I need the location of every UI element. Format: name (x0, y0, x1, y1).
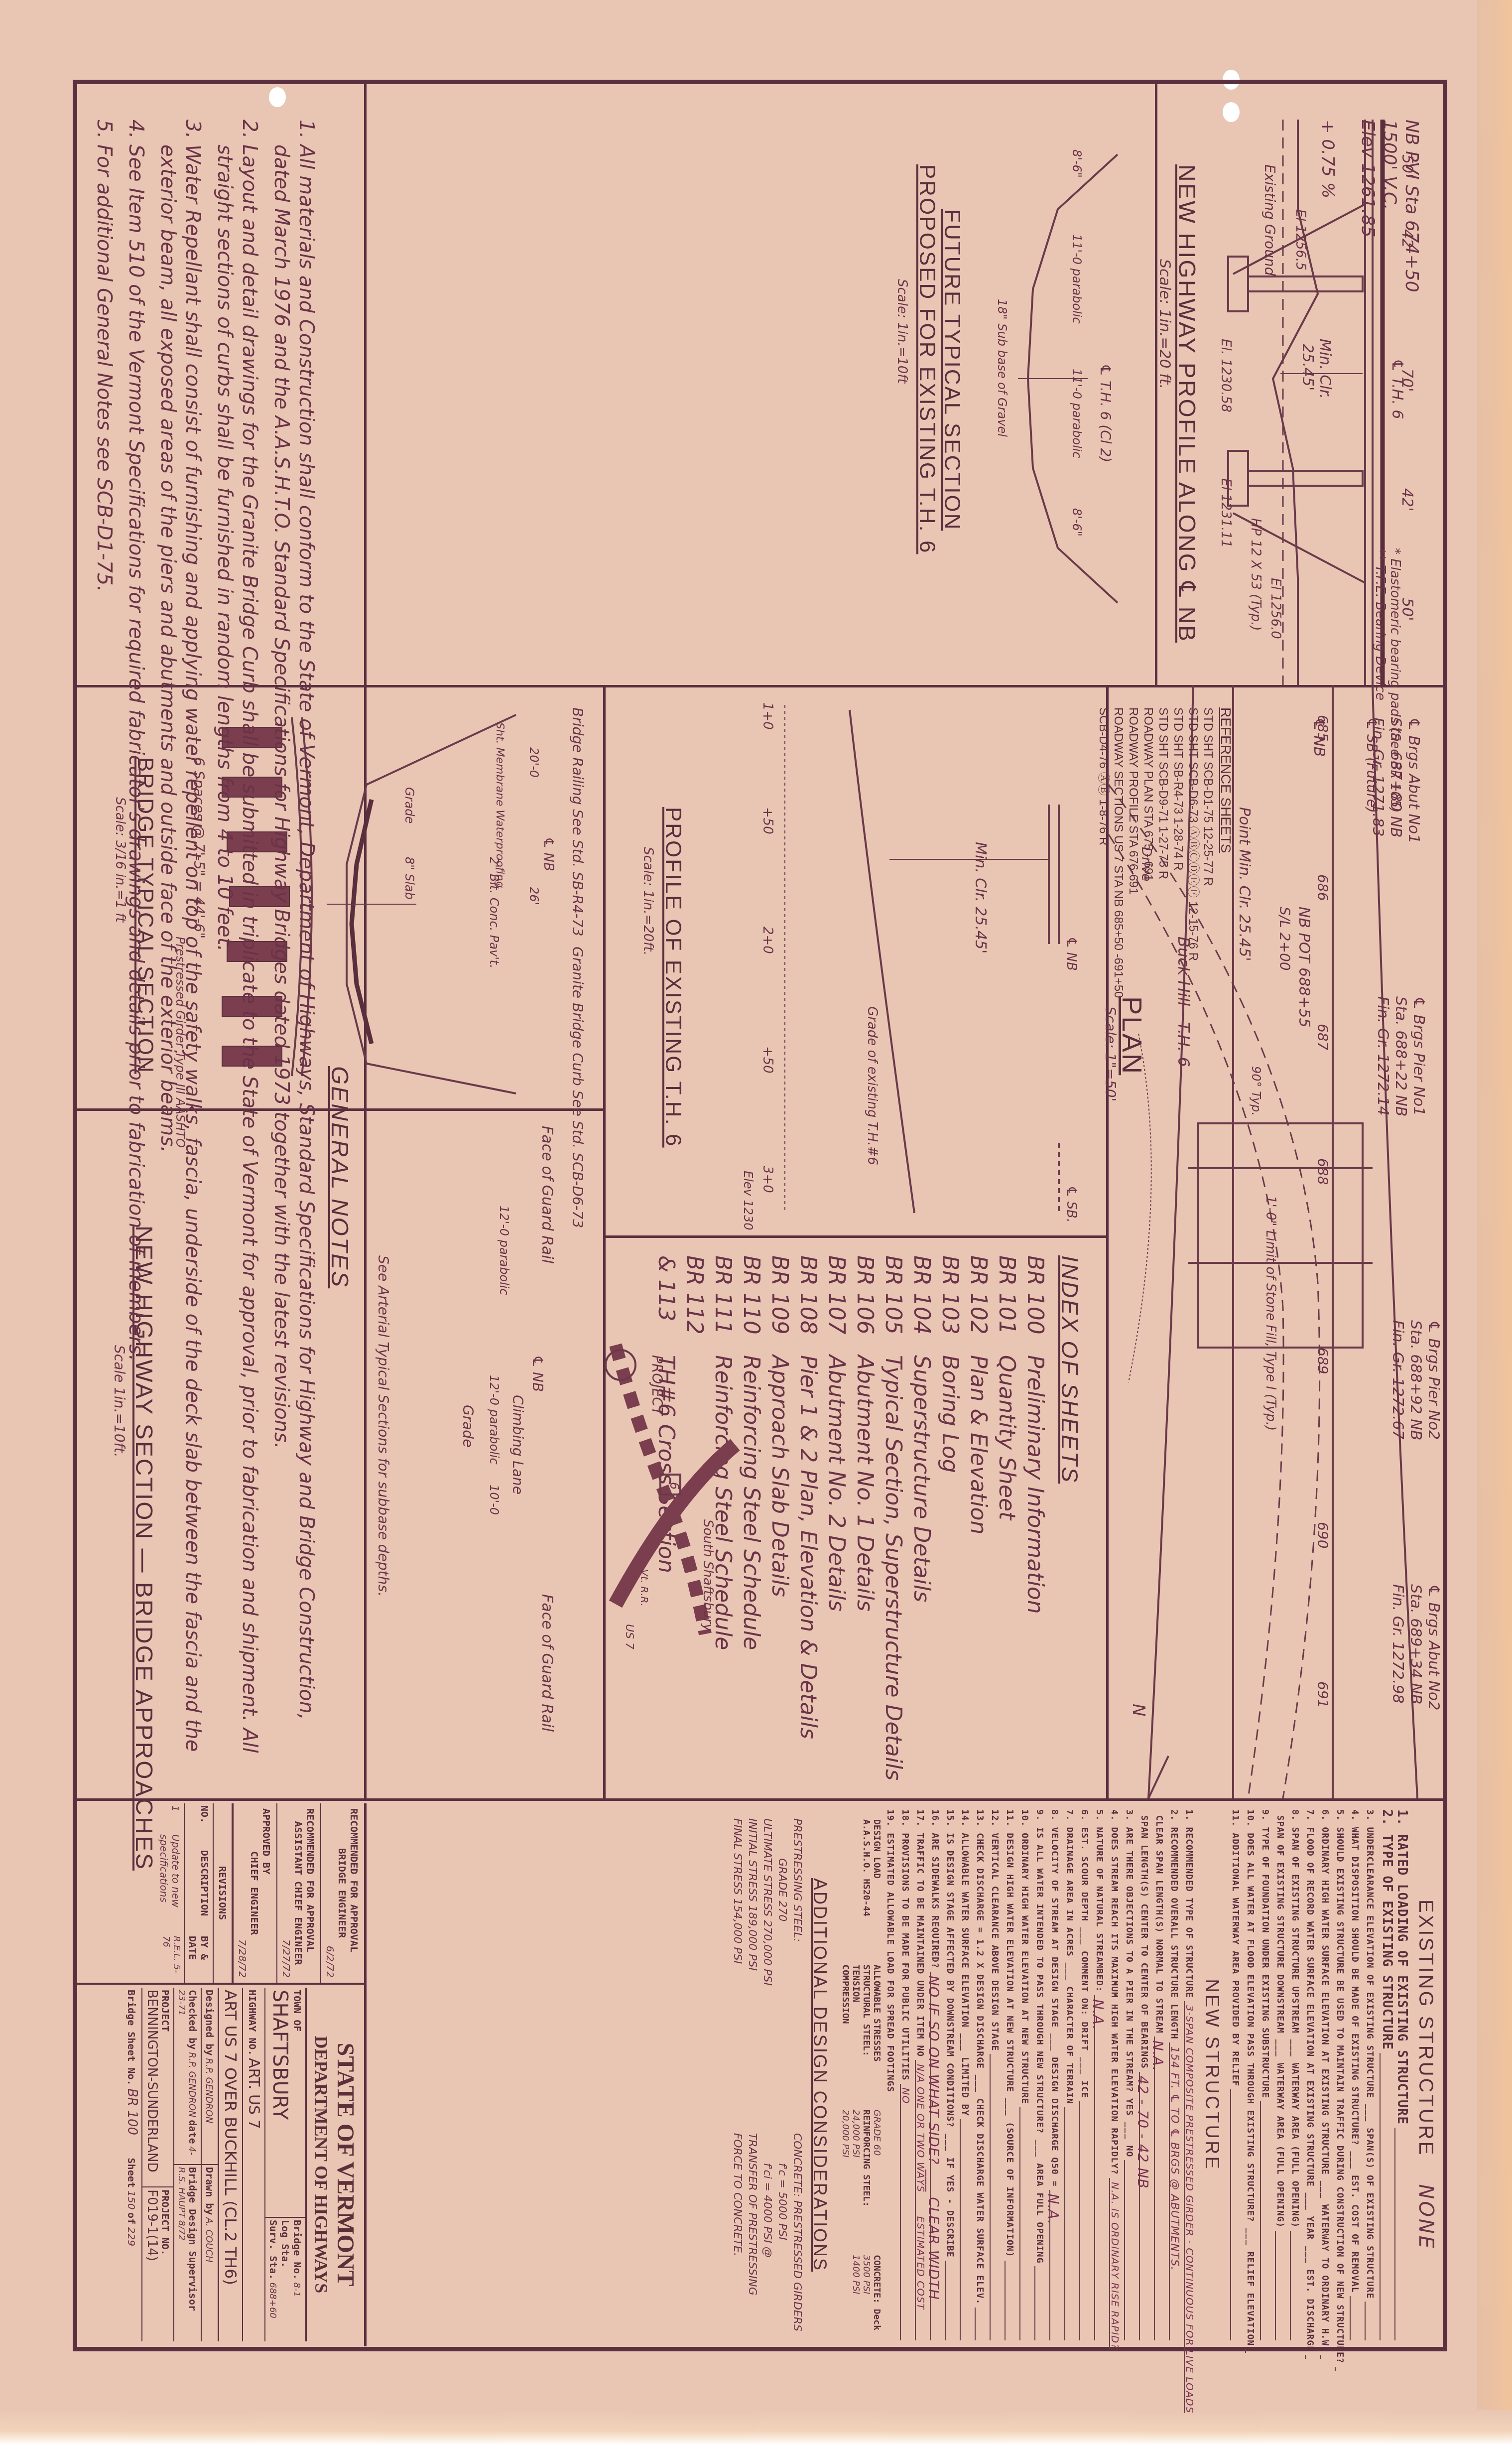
existing-min-clr: Min. Clr. 25.45' (972, 842, 989, 953)
pc-transfer: TRANSFER OF PRESTRESSING (745, 2133, 759, 2331)
row-label: DESIGN HIGH WATER ELEVATION AT NEW STRUC… (1005, 1833, 1015, 2257)
existing-elev: Elev 1230 (741, 1171, 755, 1230)
row-value (1350, 2296, 1362, 2340)
svg-text:687: 687 (1314, 1024, 1331, 1051)
index-row: BR 103Boring Log (936, 1255, 964, 1780)
note-item: 5.For additional General Notes see SCB-D… (92, 120, 117, 1764)
approval-row: RECOMMENDED FOR APPROVAL BRIDGE ENGINEER… (320, 1803, 364, 1983)
row-no: 19. (885, 1809, 895, 1827)
bridge-dim: 20'-0 (527, 747, 541, 778)
station-tick: 2+0 (760, 927, 775, 954)
row-no: 16. (930, 1809, 940, 1827)
svg-text:25.45': 25.45' (1299, 344, 1316, 391)
index-desc: Preliminary Information (1022, 1355, 1048, 1614)
bridge-railing-label: Bridge Railing See Std. SB-R4-73 (569, 707, 586, 937)
map-town-label: South Shaftsbury (700, 1519, 715, 1631)
new-structure-title: NEW STRUCTURE (1201, 1803, 1222, 2346)
index-no: BR 105 (879, 1255, 907, 1355)
row-value (1394, 2128, 1406, 2340)
future-centerline: ℄ T.H. 6 (Cl 2) (1097, 364, 1114, 462)
plan-stone-fill: 1'-0" Limit of Stone Fill, Type I (Typ.) (1263, 1196, 1278, 1431)
callout-station: Sta. 688+22 NB (1391, 996, 1409, 1116)
row-value (1005, 2261, 1016, 2340)
form-row: 11. DESIGN HIGH WATER ELEVATION AT NEW S… (1005, 1809, 1019, 2340)
index-row: BR 102Plan & Elevation (964, 1255, 993, 1780)
row-label: SHOULD EXISTING STRUCTURE BE USED TO MAI… (1335, 1827, 1345, 2364)
future-dim: 8'-6" (1070, 149, 1084, 178)
profile-scale: Scale: 1in.=20 ft. (1156, 259, 1173, 389)
map-us7: US 7 (623, 1624, 635, 1649)
index-desc: Reinforcing Steel Schedule (739, 1355, 764, 1650)
row-value (1064, 2107, 1076, 2340)
form-row: 14. ALLOWABLE WATER SURFACE ELEVATION __… (960, 1809, 975, 2340)
compression-label: COMPRESSION (840, 1964, 851, 2061)
form-row: 2. TYPE OF EXISTING STRUCTURE (1380, 1809, 1394, 2340)
reinforcing-grade: GRADE 60 (872, 2110, 882, 2207)
project-no: F019-1(14) (144, 2189, 159, 2339)
plan-sl: S/L 2+00 (1276, 907, 1293, 971)
elev-label: El 1256.5 (1293, 209, 1308, 271)
row-label: NATURE OF NATURAL STREAMBED: (1094, 1827, 1105, 1992)
index-title: INDEX OF SHEETS (1055, 1255, 1084, 1780)
pc-fci: f'ci = 4000 PSI @ (759, 2163, 774, 2331)
form-row: 10. ORDINARY HIGH WATER ELEVATION AT NEW… (1019, 1809, 1034, 2340)
pile-label: HP 12 X 53 (Typ.) (1248, 518, 1263, 631)
form-row: 5. SHOULD EXISTING STRUCTURE BE USED TO … (1335, 1809, 1350, 2340)
row-label: EST. SCOUR DEPTH ___ COMMENT ON: DRIFT _… (1079, 1827, 1090, 2099)
note-item: 3.Water Repellant shall consist of furni… (155, 120, 205, 1764)
svg-text:691: 691 (1314, 1681, 1331, 1708)
existing-structure-header: EXISTING STRUCTURE NONE (1414, 1803, 1437, 2346)
guard-rail-label: Face of Guard Rail (538, 1594, 556, 1732)
form-row: 6. ORDINARY HIGH WATER SURFACE ELEVATION… (1320, 1809, 1335, 2340)
index-no: BR 112 & 113 (652, 1255, 709, 1355)
callout-label: ℄ Brgs Pier No2 (1424, 1320, 1442, 1440)
project-no-label: PROJECT NO. (159, 2189, 171, 2339)
row-value: NO (900, 2084, 912, 2340)
note-no: 2. (212, 120, 262, 144)
project-label: PROJECT (159, 1990, 171, 2184)
row-value: 3-SPAN COMPOSITE PRESTRESSED GIRDER - CO… (1184, 2001, 1196, 2414)
row-label: VELOCITY OF STREAM AT DESIGN STAGE ___ D… (1049, 1827, 1060, 2187)
row-no: 1. (1394, 1809, 1409, 1826)
form-row: 8. VELOCITY OF STREAM AT DESIGN STAGE __… (1049, 1809, 1064, 2340)
drawing-sheet: NB PVI Sta 674+50 1500' V.C. Elev 1261.8… (0, 0, 1512, 2445)
index-no: BR 110 (737, 1255, 765, 1355)
row-value: N.A. (1049, 2190, 1061, 2340)
callout-grade: Fin. Gr. 1272.98 (1388, 1584, 1406, 1710)
row-label: ARE SIDEWALKS REQUIRED? (930, 1833, 940, 1968)
row-value (1124, 2160, 1136, 2340)
row-value (1290, 2231, 1302, 2340)
prestressing-label: PRESTRESSING STEEL: (789, 1818, 804, 1986)
concrete-fc-comp: 1400 PSI (851, 2255, 861, 2330)
svg-text:Min. Clr.: Min. Clr. (1316, 339, 1334, 399)
row-label: ORDINARY HIGH WATER ELEVATION AT NEW STR… (1019, 1833, 1030, 2104)
sheet-number: 150 (126, 2190, 137, 2209)
row-label: SPAN OF EXISTING STRUCTURE UPSTREAM ___ … (1290, 1827, 1300, 2228)
reference-item: ROADWAY PLAN STA 675 - 691 (1140, 707, 1155, 998)
row-label: RECOMMENDED TYPE OF STRUCTURE (1184, 1827, 1194, 1998)
sheet-label: Sheet (126, 2158, 137, 2188)
row-value (1245, 2349, 1257, 2353)
row-no: 14. (960, 1809, 970, 1827)
index-row: BR 109Approach Slab Details (765, 1255, 794, 1780)
reference-item: STD SHT SCB-D6-73 ⒶⒷⒸⒹⒺⒻ 12-15-76 R (1185, 707, 1200, 998)
row-label: DOES STREAM REACH ITS MAXIMUM HIGH WATER… (1109, 1827, 1120, 2175)
surv-sta: 688+60 (267, 2282, 278, 2318)
highway-label: HIGHWAY NO. (247, 1990, 258, 2055)
existing-profile-scale: Scale: 1in.=20ft. (640, 847, 655, 955)
ultimate-stress: ULTIMATE STRESS 270,000 PSI (759, 1818, 774, 1986)
plan-min-clr: Point Min. Clr. 25.45' (1236, 807, 1253, 961)
index-desc: Typical Section, Superstructure Details (881, 1355, 906, 1780)
design-load: DESIGN LOADA.A.S.H.O. HS20-44 (840, 1819, 882, 1916)
form-row: 12. VERTICAL CLEARANCE ABOVE DESIGN STAG… (990, 1809, 1005, 2340)
row-no: 12. (990, 1809, 1000, 1827)
existing-structure-title: EXISTING STRUCTURE (1415, 1900, 1437, 2157)
approvals: RECOMMENDED FOR APPROVAL BRIDGE ENGINEER… (75, 1803, 364, 1985)
slab-label: 8" Slab (402, 857, 416, 900)
checked-label: Checked by (187, 1990, 199, 2049)
new-structure-form: 1. RECOMMENDED TYPE OF STRUCTURE3-SPAN C… (835, 1803, 1201, 2346)
reference-sheets: REFERENCE SHEETS STD SHT SCB-D1-75 12-25… (1096, 707, 1233, 998)
station-tick: 1+0 (760, 702, 775, 730)
plan-pot: NB POT 688+55 (1295, 907, 1313, 1028)
pc-force: FORCE TO CONCRETE. (730, 2133, 745, 2331)
callout-label: ℄ Brgs Abut No1 (1404, 717, 1422, 843)
row-no: 9. (1034, 1809, 1045, 1821)
row-label: DOES ALL WATER AT FLOOD ELEVATION PASS T… (1245, 1833, 1256, 2346)
row-value (960, 2119, 972, 2340)
plan-centerline-nb: ℄ NB (1310, 717, 1328, 757)
additional-design: PRESTRESSING STEEL: GRADE 270 ULTIMATE S… (725, 1803, 809, 2346)
form-row: 4. WHAT DISPOSITION SHOULD BE MADE OF EX… (1350, 1809, 1365, 2340)
row-no: 1. (1184, 1809, 1194, 1821)
note-no: 3. (155, 120, 205, 144)
designed-label: Designed by (204, 1990, 216, 2055)
bit-label: 2" Bit. Conc. Pav't. (487, 857, 501, 968)
town-row: TOWN OFSHAFTSBURY Bridge No. 8-1 Log Sta… (265, 1988, 307, 2341)
index-row: BR 105Typical Section, Superstructure De… (879, 1255, 907, 1780)
row-value (1260, 2101, 1272, 2340)
index-no: BR 111 (709, 1255, 737, 1355)
svg-text:42': 42' (1398, 229, 1416, 252)
row-no: 11. (1005, 1809, 1015, 1827)
row-value (1230, 2089, 1242, 2340)
svg-text:50': 50' (1398, 154, 1416, 177)
form-row: 2. RECOMMENDED OVERALL STRUCTURE LENGTH1… (1169, 1809, 1184, 2340)
callout-grade: Fin. Gr. 1272.67 (1388, 1320, 1406, 1440)
row-value (1335, 2367, 1347, 2371)
approval-date: 6/2/72 (324, 1808, 336, 1978)
supervisor: R.S. HAUPT (176, 2167, 187, 2218)
row-no: 7. (1064, 1809, 1075, 1821)
row-no: 3. (1365, 1809, 1375, 1821)
profile-title: NEW HIGHWAY PROFILE ALONG ℄ NB (1173, 164, 1201, 643)
station-tick: +50 (760, 1046, 775, 1074)
final-stress: FINAL STRESS 154,000 PSI (730, 1818, 745, 1986)
row-value (990, 2054, 1002, 2340)
approach-dim: 10'-0 (487, 1485, 501, 1515)
divider-index (606, 1235, 1109, 1238)
callout-grade: Fin. Gr. 1272.14 (1374, 996, 1391, 1116)
reinforcing-tension: 24,000 PSI (851, 2110, 861, 2207)
callout-pier1: ℄ Brgs Pier No1 Sta. 688+22 NB Fin. Gr. … (1374, 996, 1427, 1116)
row-no: 10. (1245, 1809, 1256, 1827)
index-no: BR 101 (993, 1255, 1021, 1355)
rev-by-date: R.E.L. 5-76 (156, 1934, 184, 1983)
approval-role: RECOMMENDED FOR APPROVAL (348, 1808, 360, 1952)
existing-grade-label: Grade of existing T.H.#6 (865, 1006, 880, 1165)
row-label: ALLOWABLE WATER SURFACE ELEVATION ___ LI… (960, 1833, 970, 2116)
form-row: 18. PROVISIONS TO BE MADE FOR PUBLIC UTI… (900, 1809, 915, 2340)
form-row: 10. DOES ALL WATER AT FLOOD ELEVATION PA… (1245, 1809, 1260, 2340)
form-row: 5. NATURE OF NATURAL STREAMBED:N.A. (1094, 1809, 1109, 2340)
pc-fc: f'c = 5000 PSI (774, 2163, 789, 2331)
row-no: 11. (1230, 1809, 1241, 1827)
form-row: 9. TYPE OF FOUNDATION UNDER EXISTING SUB… (1260, 1809, 1275, 2340)
general-notes-title: GENERAL NOTES (327, 1066, 352, 1764)
additional-design-title: ADDITIONAL DESIGN CONSIDERATIONS (809, 1803, 830, 2346)
approval-row: RECOMMENDED FOR APPROVAL ASSISTANT CHIEF… (276, 1803, 320, 1983)
climbing-lane-label: Climbing Lane (509, 1395, 526, 1494)
callout-label: ℄ Brgs Pier No1 (1409, 996, 1427, 1116)
log-sta-label: Log Sta. (279, 2220, 291, 2268)
approach-dim: 12'-0 parabolic (497, 1206, 511, 1295)
form-row: 3. ARE THERE OBJECTIONS TO A PIER IN THE… (1124, 1809, 1139, 2340)
index-no: BR 107 (822, 1255, 851, 1355)
row-value: 154 FT. ℄ TO ℄ BRGS @ ABUTMENTS. (1169, 2042, 1181, 2340)
form-row: 1. RECOMMENDED TYPE OF STRUCTURE3-SPAN C… (1184, 1809, 1199, 2340)
row-no: 5. (1094, 1809, 1105, 1821)
index-row: BR 106Abutment No. 1 Details (851, 1255, 879, 1780)
row-value (975, 2308, 987, 2340)
form-row: 3. UNDERCLEARANCE ELEVATION OF EXISTING … (1365, 1809, 1380, 2340)
north-arrow: N (1129, 1704, 1148, 1716)
form-row: 13. CHECK DISCHARGE = 1.2 X DESIGN DISCH… (975, 1809, 990, 2340)
row-label: WHAT DISPOSITION SHOULD BE MADE OF EXIST… (1350, 1827, 1360, 2293)
bridge-no: 8-1 (291, 2282, 302, 2297)
index-row: BR 101Quantity Sheet (993, 1255, 1021, 1780)
row-value (1275, 2231, 1287, 2340)
supervisor-date: 8/72 (176, 2220, 187, 2240)
town-label: TOWN OF (291, 1990, 303, 2215)
elev-label: El 1231.11 (1218, 478, 1233, 547)
svg-text:70': 70' (1398, 369, 1416, 392)
index-desc: Quantity Sheet (994, 1355, 1019, 1520)
note-no: 5. (92, 120, 117, 144)
checked-by: R.P. GENDRON (187, 2052, 197, 2117)
row-value: N.A. IS ORDINARY RISE RAPID? (1109, 2178, 1121, 2349)
revisions-header: NO. DESCRIPTION BY & DATE (184, 1803, 214, 1983)
row-value (1079, 2101, 1091, 2340)
row-no: 17. (915, 1809, 925, 1827)
approach-note: See Arterial Typical Sections for subbas… (375, 1255, 391, 1597)
form-row: 1. RATED LOADING OF EXISTING STRUCTURE (1394, 1809, 1409, 2340)
index-no: BR 103 (936, 1255, 964, 1355)
index-row: BR 110Reinforcing Steel Schedule (737, 1255, 765, 1780)
row-no: 6. (1079, 1809, 1090, 1821)
existing-structure-value: NONE (1414, 2184, 1437, 2251)
row-value: 42 - 70 - 42 NB (1139, 2072, 1151, 2340)
existing-cl-nb: ℄ NB (1064, 937, 1079, 971)
row-value: N.A. (1154, 2037, 1166, 2340)
allowable-label: ALLOWABLE STRESSES (872, 1964, 882, 2061)
sheet-total: 229 (126, 2227, 137, 2246)
bridge-info: Bridge No. 8-1 Log Sta. Surv. Sta. 688+6… (265, 2217, 305, 2341)
row-label: ARE THERE OBJECTIONS TO A PIER IN THE ST… (1124, 1827, 1134, 2158)
of-label: of (126, 2212, 137, 2224)
form-row: 16. ARE SIDEWALKS REQUIRED?NO IF SO ON W… (930, 1809, 945, 2340)
future-dim: 8'-6" (1070, 508, 1084, 537)
row-value: NO IF SO ON WHAT SIDE? ___ CLEAR WIDTH (930, 1972, 942, 2340)
form-row: SPAN OF EXISTING STRUCTURE DOWNSTREAM __… (1275, 1809, 1290, 2340)
row-label: ORDINARY HIGH WATER SURFACE ELEVATION AT… (1320, 1827, 1330, 2352)
note-item: 2.Layout and detail drawings for the Gra… (212, 120, 262, 1764)
reference-item: ROADWAY PROFILE STA 676-691 (1126, 707, 1140, 998)
crossing: ART US 7 OVER BUCKHILL (CL.2 TH6) (219, 1988, 243, 2341)
row-label: RATED LOADING OF EXISTING STRUCTURE (1394, 1834, 1409, 2125)
form-row: CLEAR SPAN LENGTH(S) NORMAL TO STREAMN.A… (1154, 1809, 1169, 2340)
index-desc: Plan & Elevation (966, 1355, 991, 1534)
index-desc: Boring Log (937, 1355, 963, 1473)
existing-profile-title: PROFILE OF EXISTING T.H. 6 (660, 807, 685, 1148)
reference-sheets-title: REFERENCE SHEETS (1218, 707, 1233, 998)
rev-desc: Update to new specifications (156, 1832, 184, 1934)
row-value (945, 2261, 957, 2340)
row-label: SPAN OF EXISTING STRUCTURE DOWNSTREAM __… (1275, 1815, 1285, 2228)
approach-grade-label: Grade (460, 1405, 476, 1447)
map-project-label: PROJECT (649, 1355, 665, 1415)
row-no: 7. (1305, 1809, 1315, 1821)
row-no: 4. (1350, 1809, 1360, 1821)
index-row: BR 108Pier 1 & 2 Plan, Elevation & Detai… (794, 1255, 822, 1780)
profile-drawing: Min. Clr. 25.45' ℄ T.H. 6 50' 42' 70' 42… (1158, 80, 1447, 685)
rev-no: 1 (156, 1803, 184, 1832)
approval-title: CHIEF ENGINEER (249, 1808, 260, 1978)
highway-value: ART. US 7 (245, 2058, 262, 2129)
svg-text:690: 690 (1314, 1522, 1331, 1548)
row-no: 13. (975, 1809, 985, 1827)
plan-angle: 90° Typ. (1249, 1066, 1263, 1116)
row-value (1019, 2107, 1031, 2340)
elev-label: El. 1230.58 (1218, 339, 1233, 412)
bridge-dim: 26' (527, 887, 541, 905)
sheet-no: BR 100 (125, 2088, 139, 2135)
concrete-fc: 3500 PSI (861, 2255, 872, 2330)
row-label: CHECK DISCHARGE = 1.2 X DESIGN DISCHARGE… (975, 1833, 985, 2305)
map-route-6: 6 (667, 1482, 681, 1490)
form-row: 7. FLOOD OF RECORD WATER SURFACE ELEVATI… (1305, 1809, 1320, 2340)
prestressing-steel: PRESTRESSING STEEL: GRADE 270 ULTIMATE S… (730, 1818, 804, 1986)
index-row: BR 104Superstructure Details (907, 1255, 936, 1780)
row-label: VERTICAL CLEARANCE ABOVE DESIGN STAGE (990, 1833, 1000, 2051)
rev-header: NO. (185, 1803, 213, 1832)
row-label: PROVISIONS TO BE MADE FOR PUBLIC UTILITI… (900, 1833, 910, 2080)
approval-title: BRIDGE ENGINEER (336, 1808, 348, 1978)
title-block: RECOMMENDED FOR APPROVAL BRIDGE ENGINEER… (75, 1803, 367, 2346)
row-value (1320, 2355, 1332, 2359)
station-tick: +50 (760, 807, 775, 834)
form-row: SPAN LENGTH(S) CENTER TO CENTER OF BEARI… (1139, 1809, 1154, 2340)
design-load-value: A.A.S.H.O. HS20-44 (861, 1819, 872, 1916)
index-desc: Pier 1 & 2 Plan, Elevation & Details (795, 1355, 821, 1739)
supervisor-label: Bridge Design Supervisor (187, 2167, 199, 2339)
row-no: 8. (1290, 1809, 1300, 1821)
row-value (1305, 2355, 1317, 2359)
existing-cl-sb: ℄ SB. (1064, 1186, 1079, 1222)
reference-item: ROADWAY SECTIONS US 7 STA NB 685+50 -691… (1111, 707, 1126, 998)
index-no: BR 100 (1021, 1255, 1049, 1355)
row-label: UNDERCLEARANCE ELEVATION OF EXISTING STR… (1365, 1827, 1375, 2299)
existing-ground-label: Existing Ground (1261, 164, 1278, 275)
project-name: BENNINGTON-SUNDERLAND (144, 1990, 159, 2184)
designed-by: R.P. GENDRON (204, 2058, 214, 2123)
row-label: IS DESIGN STAGE AFFECTED BY DOWNSTREAM C… (945, 1833, 955, 2257)
divider-titleblock (73, 1798, 1447, 1801)
project-row: PROJECTBENNINGTON-SUNDERLAND PROJECT NO.… (142, 1988, 174, 2341)
callout-abut2: ℄ Brgs Abut No2 Sta. 689+34 NB Fin. Gr. … (1388, 1584, 1442, 1710)
index-desc: Superstructure Details (909, 1355, 934, 1602)
note-text: Layout and detail drawings for the Grani… (212, 144, 262, 1764)
row-label: TYPE OF FOUNDATION UNDER EXISTING SUBSTR… (1260, 1827, 1270, 2099)
town-value: SHAFTSBURY (268, 1990, 291, 2215)
index-no: BR 104 (907, 1255, 936, 1355)
svg-text:686: 686 (1314, 874, 1331, 901)
checkers: Checked by R.P. GENDRON date 4-23-71 Bri… (174, 1988, 202, 2341)
guard-rail-label: Face of Guard Rail (538, 1126, 556, 1263)
existing-structure-form: 1. RATED LOADING OF EXISTING STRUCTURE 2… (1225, 1803, 1414, 2346)
rev-header: DESCRIPTION (185, 1832, 213, 1934)
callout-station: Sta. 689+34 NB (1406, 1584, 1424, 1710)
row-label: IS ALL WATER INTENDED TO PASS THROUGH NE… (1034, 1827, 1045, 2264)
index-row: BR 100Preliminary Information (1021, 1255, 1049, 1780)
title-info: STATE OF VERMONT DEPARTMENT OF HIGHWAYS … (123, 1988, 359, 2341)
row-label: TYPE OF EXISTING STRUCTURE (1380, 1834, 1394, 2050)
note-text: All materials and Construction shall con… (269, 144, 319, 1764)
form-row: 15. IS DESIGN STAGE AFFECTED BY DOWNSTRE… (945, 1809, 960, 2340)
form-row: 9. IS ALL WATER INTENDED TO PASS THROUGH… (1034, 1809, 1049, 2340)
future-dim: 11'-0 parabolic (1070, 369, 1084, 458)
approval-date: 7/27/72 (280, 1808, 292, 1978)
callout-station: Sta. 687+80 NB (1386, 717, 1404, 843)
row-label: RECOMMENDED OVERALL STRUCTURE LENGTH (1169, 1827, 1179, 2039)
svg-text:42': 42' (1398, 488, 1416, 511)
row-no: 4. (1109, 1809, 1120, 1821)
row-no: 2. (1380, 1809, 1394, 1826)
date-label: date (187, 2120, 199, 2144)
svg-text:688: 688 (1314, 1158, 1331, 1185)
reinforcing-steel: REINFORCING STEEL: (861, 2110, 872, 2207)
note-item: 4.See Item 510 of the Vermont Specificat… (124, 120, 148, 1764)
future-scale: Scale: 1in.=10ft (894, 279, 909, 384)
row-no: 8. (1049, 1809, 1060, 1821)
prestressing-grade: GRADE 270 (774, 1858, 789, 1986)
index-desc: Abutment No. 1 Details (852, 1355, 878, 1612)
drawn-label: Drawn by (204, 2167, 216, 2215)
approach-centerline: ℄ NB (529, 1355, 546, 1392)
row-value (1365, 2302, 1377, 2340)
allowable-stresses: ALLOWABLE STRESSESSTRUCTURAL STEEL:TENSI… (840, 1964, 882, 2061)
drawn-by: A. COUCH (204, 2217, 214, 2262)
reference-item: STD SHT SB-R4-73 1-28-74 R (1170, 707, 1185, 998)
row-label: SPAN LENGTH(S) CENTER TO CENTER OF BEARI… (1139, 1815, 1149, 2069)
row-no: 2. (1169, 1809, 1179, 1821)
callout-station: Sta. 688+92 NB (1406, 1320, 1424, 1440)
concrete: CONCRETE: Deck3500 PSI1400 PSI (840, 2255, 882, 2330)
row-no: 6. (1320, 1809, 1330, 1821)
